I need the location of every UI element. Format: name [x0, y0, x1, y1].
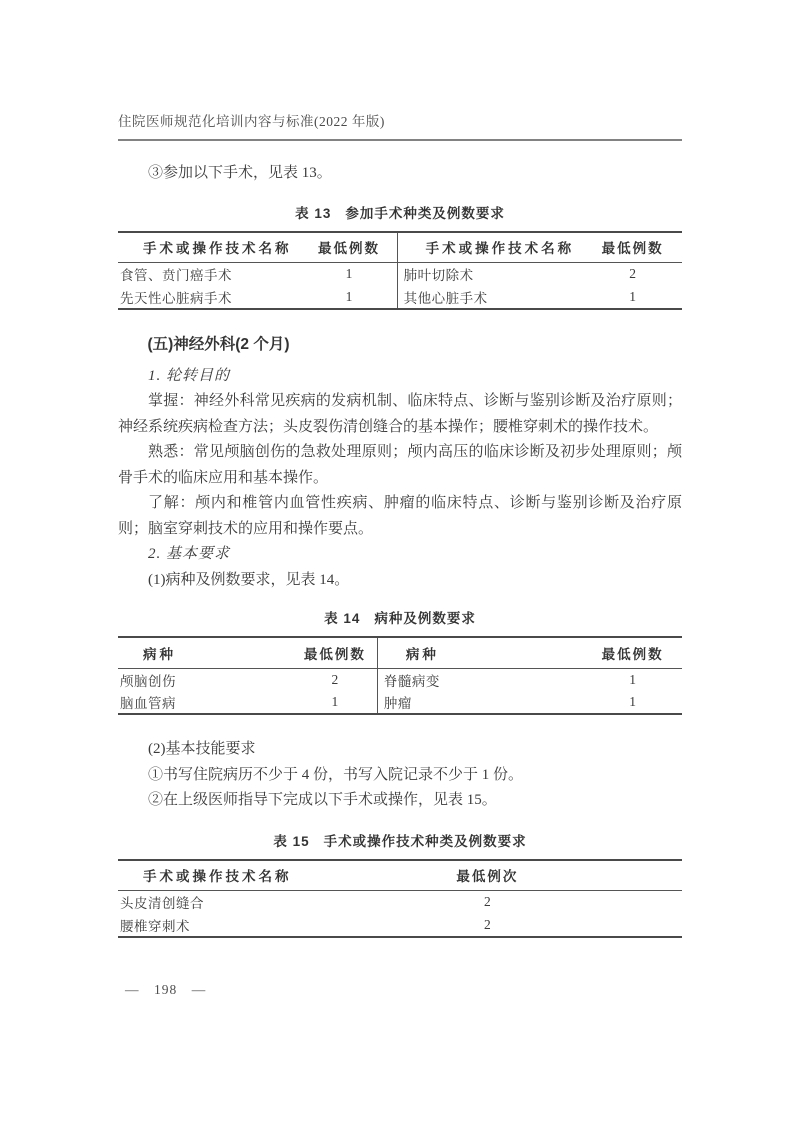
requirement-2-item-2: ②在上级医师指导下完成以下手术或操作，见表 15。: [118, 788, 682, 814]
table15: 手术或操作技术名称 最低例次 头皮清创缝合 2 腰椎穿刺术 2: [118, 859, 682, 938]
table-cell: 2: [293, 891, 682, 914]
table-cell: 头皮清创缝合: [118, 891, 293, 914]
table-cell: 1: [583, 668, 682, 691]
table13-caption-label: 表 13: [295, 206, 331, 221]
table13-caption: 表 13参加手术种类及例数要求: [118, 204, 682, 223]
table-cell: 2: [293, 914, 682, 937]
paragraph-know: 了解：颅内和椎管内血管性疾病、肿瘤的临床特点、诊断与鉴别诊断及治疗原则；脑室穿刺…: [118, 491, 682, 542]
table-cell: 先天性心脏病手术: [118, 286, 301, 309]
table-cell: 1: [301, 263, 397, 286]
table14-caption-label: 表 14: [324, 611, 360, 626]
table14-header-min-left: 最低例数: [293, 637, 378, 668]
table13: 手术或操作技术名称 最低例数 手术或操作技术名称 最低例数 食管、贲门癌手术 1…: [118, 231, 682, 310]
header-rule: [118, 139, 682, 141]
table-cell: 1: [583, 286, 682, 309]
table13-header-min-left: 最低例数: [301, 232, 397, 263]
table14-header-disease-left: 病种: [118, 637, 293, 668]
table-cell: 食管、贲门癌手术: [118, 263, 301, 286]
table-row: 头皮清创缝合 2: [118, 891, 682, 914]
table13-header-name-right: 手术或操作技术名称: [397, 232, 583, 263]
document-page: 住院医师规范化培训内容与标准(2022 年版) ③参加以下手术，见表 13。 表…: [0, 0, 800, 1131]
table13-header-name-left: 手术或操作技术名称: [118, 232, 301, 263]
table-row: 腰椎穿刺术 2: [118, 914, 682, 937]
table-cell: 1: [301, 286, 397, 309]
table14-header-min-right: 最低例数: [583, 637, 682, 668]
table15-header-row: 手术或操作技术名称 最低例次: [118, 860, 682, 891]
subheading-basic-requirements: 2. 基本要求: [118, 542, 682, 568]
requirement-2-item-1: ①书写住院病历不少于 4 份，书写入院记录不少于 1 份。: [118, 763, 682, 789]
page-header: 住院医师规范化培训内容与标准(2022 年版): [118, 112, 682, 141]
section-heading-neurosurgery: (五)神经外科(2 个月): [118, 334, 682, 355]
table-cell: 1: [293, 691, 378, 714]
table14-header-disease-right: 病种: [377, 637, 583, 668]
table15-caption-title: 手术或操作技术种类及例数要求: [324, 834, 527, 849]
intro-item-3: ③参加以下手术，见表 13。: [118, 161, 682, 187]
table15-header-min: 最低例次: [293, 860, 682, 891]
table13-header-row: 手术或操作技术名称 最低例数 手术或操作技术名称 最低例数: [118, 232, 682, 263]
requirement-1: (1)病种及例数要求，见表 14。: [118, 568, 682, 594]
table-row: 颅脑创伤 2 脊髓病变 1: [118, 668, 682, 691]
table13-header-min-right: 最低例数: [583, 232, 682, 263]
table-cell: 肿瘤: [377, 691, 583, 714]
table-cell: 2: [293, 668, 378, 691]
table14-caption: 表 14病种及例数要求: [118, 609, 682, 628]
table-cell: 肺叶切除术: [397, 263, 583, 286]
page-number: — 198 —: [125, 978, 206, 998]
table-row: 先天性心脏病手术 1 其他心脏手术 1: [118, 286, 682, 309]
table-cell: 2: [583, 263, 682, 286]
table15-header-name: 手术或操作技术名称: [118, 860, 293, 891]
table-cell: 脊髓病变: [377, 668, 583, 691]
paragraph-grasp: 掌握：神经外科常见疾病的发病机制、临床特点、诊断与鉴别诊断及治疗原则；神经系统疾…: [118, 389, 682, 440]
table-row: 脑血管病 1 肿瘤 1: [118, 691, 682, 714]
table-row: 食管、贲门癌手术 1 肺叶切除术 2: [118, 263, 682, 286]
table13-caption-title: 参加手术种类及例数要求: [345, 206, 505, 221]
table15-caption-label: 表 15: [273, 834, 309, 849]
paragraph-familiar: 熟悉：常见颅脑创伤的急救处理原则；颅内高压的临床诊断及初步处理原则；颅骨手术的临…: [118, 440, 682, 491]
table14-caption-title: 病种及例数要求: [374, 611, 476, 626]
table14-header-row: 病种 最低例数 病种 最低例数: [118, 637, 682, 668]
requirement-2: (2)基本技能要求: [118, 737, 682, 763]
table14: 病种 最低例数 病种 最低例数 颅脑创伤 2 脊髓病变 1 脑血管病 1 肿瘤: [118, 636, 682, 715]
running-head: 住院医师规范化培训内容与标准(2022 年版): [118, 112, 682, 132]
table-cell: 腰椎穿刺术: [118, 914, 293, 937]
subheading-rotation-purpose: 1. 轮转目的: [118, 364, 682, 390]
page-content: 住院医师规范化培训内容与标准(2022 年版) ③参加以下手术，见表 13。 表…: [118, 0, 682, 938]
table-cell: 其他心脏手术: [397, 286, 583, 309]
table-cell: 1: [583, 691, 682, 714]
table15-caption: 表 15手术或操作技术种类及例数要求: [118, 832, 682, 851]
table-cell: 颅脑创伤: [118, 668, 293, 691]
table-cell: 脑血管病: [118, 691, 293, 714]
